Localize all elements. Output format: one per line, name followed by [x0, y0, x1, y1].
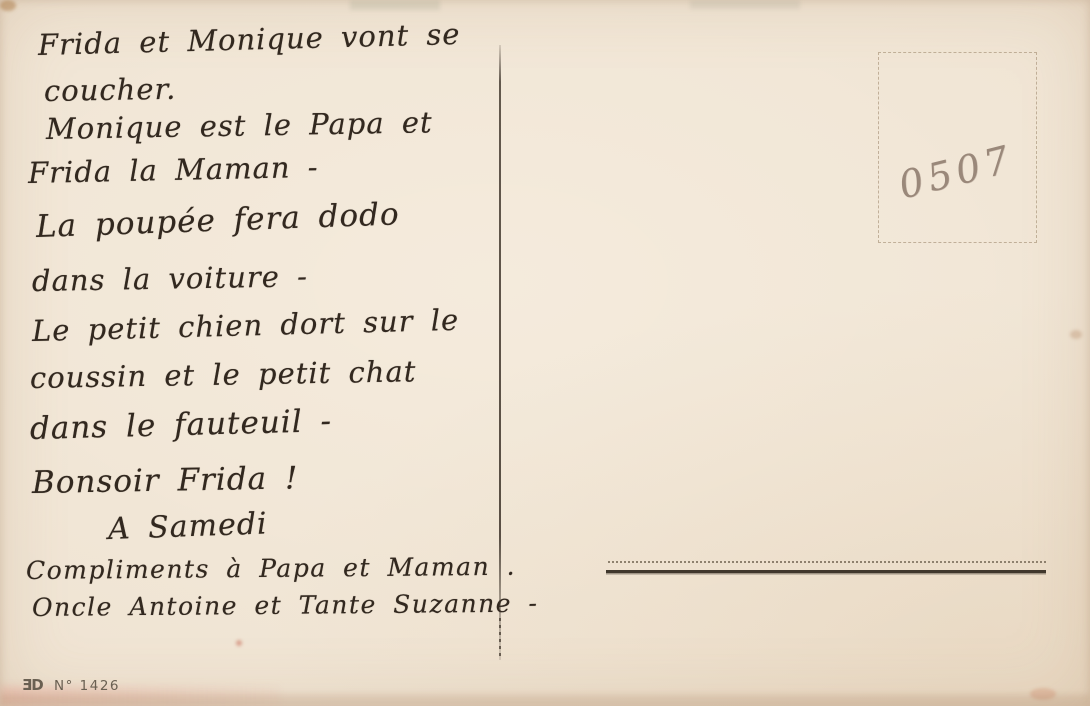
publisher-logo: ƎD — [22, 676, 43, 694]
address-rule-solid — [606, 570, 1046, 573]
foxing-spot — [0, 0, 16, 11]
message-line: La poupée fera dodo — [35, 196, 400, 245]
publisher-series-number: N° 1426 — [54, 678, 120, 694]
message-line: coucher. — [44, 72, 177, 108]
foxing-spot — [1070, 330, 1082, 339]
message-line: dans la voiture - — [32, 259, 308, 298]
message-line: Monique est le Papa et — [46, 105, 433, 146]
message-line: Frida et Monique vont se — [38, 17, 461, 62]
message-line: Frida la Maman - — [28, 150, 319, 190]
message-line: Compliments à Papa et Maman . — [26, 552, 516, 585]
message-line: dans le fauteuil - — [30, 403, 333, 447]
edge-shade — [0, 694, 1090, 706]
message-line: A Samedi — [107, 506, 268, 547]
message-line: coussin et le petit chat — [30, 354, 417, 395]
center-divider-line — [499, 45, 501, 660]
foxing-spot — [236, 640, 242, 646]
address-rule-dotted — [608, 561, 1046, 563]
center-divider-dotted-end — [499, 618, 501, 660]
message-line: Oncle Antoine et Tante Suzanne - — [32, 589, 539, 622]
message-line: Le petit chien dort sur le — [32, 303, 460, 348]
postcard-back: Frida et Monique vont se coucher. Moniqu… — [0, 0, 1090, 706]
stamp-box — [878, 52, 1037, 243]
message-line: Bonsoir Frida ! — [32, 460, 299, 501]
ghost-offset-mark — [690, 0, 800, 9]
ghost-offset-mark — [350, 0, 440, 10]
